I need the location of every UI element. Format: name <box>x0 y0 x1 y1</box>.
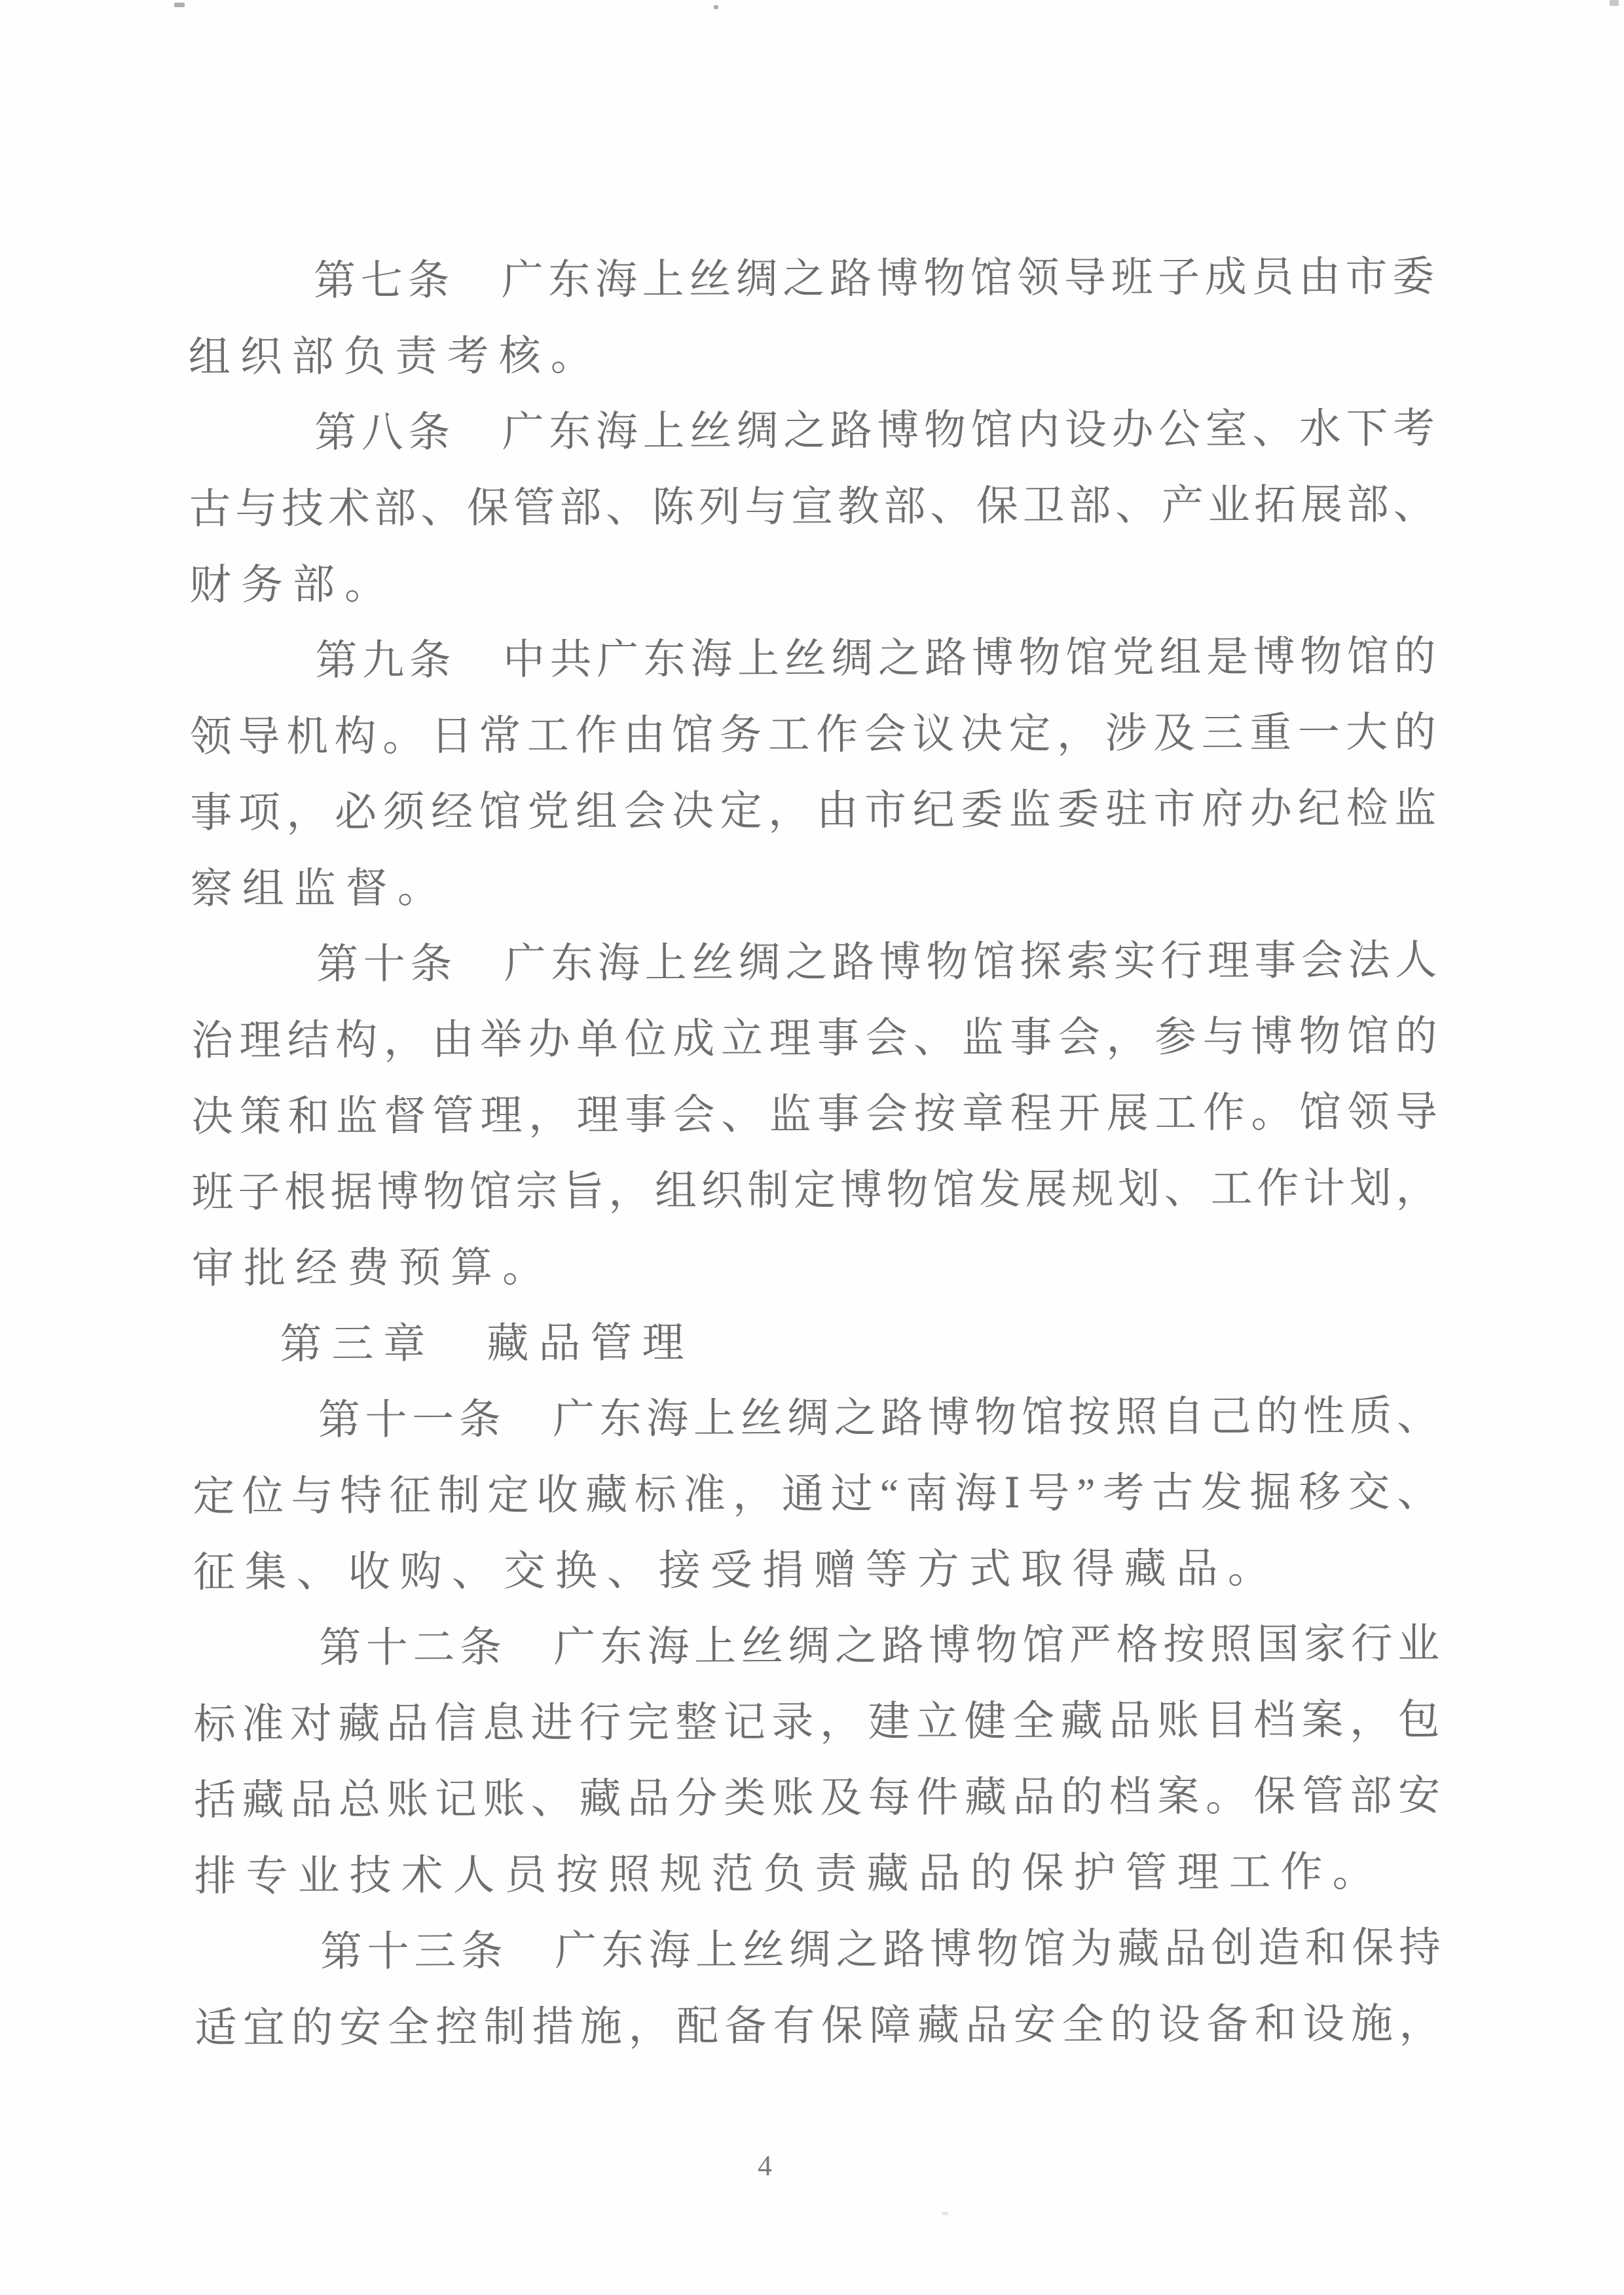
text-line: 第九条 中共广东海上丝绸之路博物馆党组是博物馆的 <box>189 619 1439 699</box>
text-line: 审批经费预算。 <box>192 1226 1441 1307</box>
text-line: 适宜的安全控制措施，配备有保障藏品安全的设备和设施， <box>194 1986 1444 2066</box>
text-line: 治理结构，由举办单位成立理事会、监事会，参与博物馆的 <box>191 999 1440 1079</box>
text-line: 括藏品总账记账、藏品分类账及每件藏品的档案。保管部安 <box>194 1758 1443 1839</box>
text-line: 决策和监督管理，理事会、监事会按章程开展工作。馆领导 <box>191 1074 1441 1155</box>
text-line: 察组监督。 <box>191 847 1440 927</box>
chapter-heading: 第三章 藏品管理 <box>192 1302 1441 1383</box>
scan-speck <box>1610 0 1619 6</box>
text-line: 第八条 广东海上丝绸之路博物馆内设办公室、水下考 <box>189 391 1438 471</box>
document-page: 第七条 广东海上丝绸之路博物馆领导班子成员由市委组织部负责考核。第八条 广东海上… <box>0 0 1624 2295</box>
text-line: 第十条 广东海上丝绸之路博物馆探索实行理事会法人 <box>191 923 1440 1003</box>
scan-speck <box>714 5 718 9</box>
text-line: 领导机构。日常工作由馆务工作会议决定，涉及三重一大的 <box>190 695 1439 775</box>
text-line: 财务部。 <box>189 543 1439 623</box>
text-line: 事项，必须经馆党组会决定，由市纪委监委驻市府办纪检监 <box>190 771 1439 851</box>
page-number: 4 <box>745 2149 784 2183</box>
text-line: 古与技术部、保管部、陈列与宣教部、保卫部、产业拓展部、 <box>189 467 1438 547</box>
document-body: 第七条 广东海上丝绸之路博物馆领导班子成员由市委组织部负责考核。第八条 广东海上… <box>188 239 1445 2066</box>
text-line: 组织部负责考核。 <box>188 315 1437 395</box>
text-line: 第十二条 广东海上丝绸之路博物馆严格按照国家行业 <box>193 1606 1443 1687</box>
scan-speck <box>942 2212 948 2215</box>
text-line: 征集、收购、交换、接受捐赠等方式取得藏品。 <box>193 1530 1443 1611</box>
scan-speck <box>174 3 185 7</box>
text-line: 班子根据博物馆宗旨，组织制定博物馆发展规划、工作计划， <box>191 1150 1441 1231</box>
text-line: 第七条 广东海上丝绸之路博物馆领导班子成员由市委 <box>188 239 1437 320</box>
text-line: 排专业技术人员按照规范负责藏品的保护管理工作。 <box>194 1834 1443 1915</box>
text-line: 定位与特征制定收藏标准，通过“南海Ⅰ号”考古发掘移交、 <box>193 1454 1442 1535</box>
text-line: 标准对藏品信息进行完整记录，建立健全藏品账目档案，包 <box>193 1682 1443 1763</box>
text-line: 第十一条 广东海上丝绸之路博物馆按照自己的性质、 <box>193 1378 1442 1459</box>
text-line: 第十三条 广东海上丝绸之路博物馆为藏品创造和保持 <box>194 1910 1444 1991</box>
